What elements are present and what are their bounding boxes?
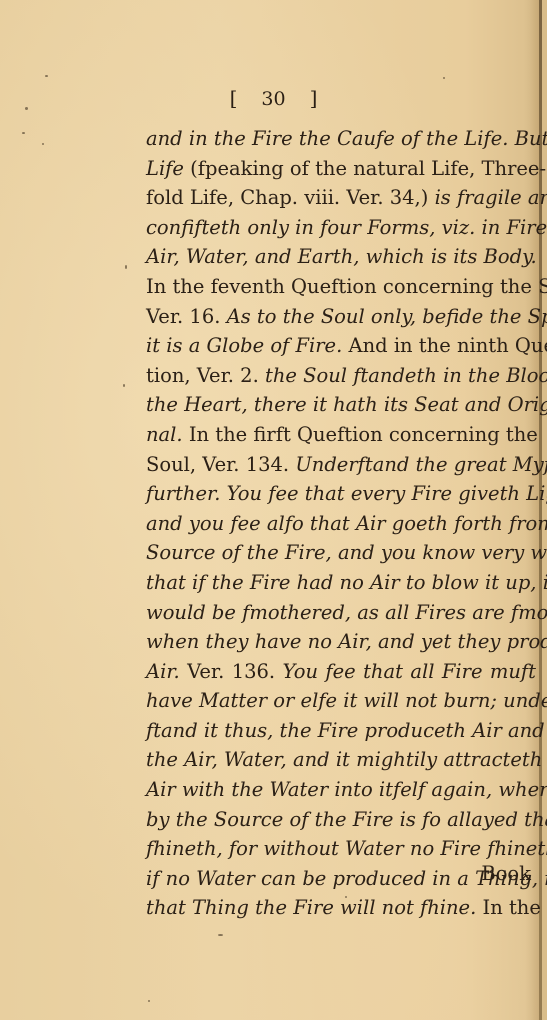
italic-text: and you fee alfo that Air goeth forth fr…	[146, 512, 547, 535]
italic-text: Air, Water, and Earth, which is its Body…	[146, 245, 537, 268]
paper-speck	[125, 265, 127, 269]
text-line: that Thing the Fire will not fhine. In t…	[146, 893, 536, 923]
roman-text: In the	[476, 896, 541, 919]
italic-text: is fragile and	[435, 186, 547, 209]
text-line: Air. Ver. 136. You fee that all Fire muf…	[146, 657, 536, 687]
roman-text: And in the ninth Queſ-	[342, 334, 547, 357]
text-line: Air with the Water into itfelf again, wh…	[146, 775, 536, 805]
book-page: [30] and in the Fire the Caufe of the Li…	[0, 0, 547, 1020]
paper-speck	[25, 107, 28, 110]
roman-text: Soul, Ver. 134.	[146, 453, 295, 476]
text-line: that if the Fire had no Air to blow it u…	[146, 568, 536, 598]
text-line: and you fee alfo that Air goeth forth fr…	[146, 509, 536, 539]
text-line: ftand it thus, the Fire produceth Air an…	[146, 716, 536, 746]
text-line: fold Life, Chap. viii. Ver. 34,) is frag…	[146, 183, 536, 213]
catchword: Book	[481, 862, 531, 885]
italic-text: have Matter or elfe it will not burn; un…	[146, 689, 547, 712]
italic-text: would be fmothered, as all Fires are fmo…	[146, 601, 547, 624]
italic-text: Air with the Water into itfelf again, wh…	[146, 778, 547, 801]
paper-speck	[345, 896, 347, 898]
roman-text: In the firft Queftion concerning the	[183, 423, 538, 446]
italic-text: the Heart, there it hath its Seat and Or…	[146, 393, 547, 416]
italic-text: the Air, Water, and it mightily attracte…	[146, 748, 547, 771]
running-head: [30]	[0, 86, 547, 110]
paper-speck	[148, 1000, 150, 1002]
paper-speck	[443, 77, 445, 79]
text-line: tion, Ver. 2. the Soul ftandeth in the B…	[146, 361, 536, 391]
roman-text: fold Life, Chap. viii. Ver. 34,)	[146, 186, 435, 209]
text-line: Air, Water, and Earth, which is its Body…	[146, 242, 536, 272]
italic-text: As to the Soul only, befide the Spirit,	[227, 305, 547, 328]
italic-text: further. You fee that every Fire giveth …	[146, 482, 547, 505]
italic-text: Air.	[146, 660, 180, 683]
text-line: if no Water can be produced in a Thing, …	[146, 864, 536, 894]
italic-text: that if the Fire had no Air to blow it u…	[146, 571, 547, 594]
roman-text: In the feventh Queftion concerning the S…	[146, 275, 547, 298]
italic-text: You fee that all Fire muft	[283, 660, 536, 683]
paper-speck	[22, 132, 25, 134]
italic-text: nal.	[146, 423, 183, 446]
text-line: In the feventh Queftion concerning the S…	[146, 272, 536, 302]
paper-speck	[42, 143, 44, 145]
text-line: fhineth, for without Water no Fire fhine…	[146, 834, 536, 864]
text-line: would be fmothered, as all Fires are fmo…	[146, 598, 536, 628]
text-line: it is a Globe of Fire. And in the ninth …	[146, 331, 536, 361]
text-line: the Air, Water, and it mightily attracte…	[146, 745, 536, 775]
paper-speck	[218, 934, 223, 936]
italic-text: the Soul ftandeth in the Blood of	[265, 364, 547, 387]
text-line: confifteth only in four Forms, viz. in F…	[146, 213, 536, 243]
roman-text: (fpeaking of the natural Life, Three-	[184, 157, 546, 180]
roman-text: Ver. 136.	[180, 660, 283, 683]
italic-text: when they have no Air, and yet they prod…	[146, 630, 547, 653]
italic-text: Underftand the great Myftery	[295, 453, 547, 476]
italic-text: fhineth, for without Water no Fire fhine…	[146, 837, 547, 860]
body-text: and in the Fire the Caufe of the Life. B…	[146, 124, 536, 923]
text-line: when they have no Air, and yet they prod…	[146, 627, 536, 657]
italic-text: it is a Globe of Fire.	[146, 334, 342, 357]
paper-speck	[45, 75, 48, 77]
text-line: further. You fee that every Fire giveth …	[146, 479, 536, 509]
italic-text: Source of the Fire, and you know very we…	[146, 541, 547, 564]
paper-speck	[123, 384, 125, 387]
text-line: the Heart, there it hath its Seat and Or…	[146, 390, 536, 420]
italic-text: by the Source of the Fire is fo allayed …	[146, 808, 547, 831]
italic-text: confifteth only in four Forms, viz. in F…	[146, 216, 547, 239]
text-line: and in the Fire the Caufe of the Life. B…	[146, 124, 536, 154]
text-line: Ver. 16. As to the Soul only, befide the…	[146, 302, 536, 332]
text-line: nal. In the firft Queftion concerning th…	[146, 420, 536, 450]
text-line: Soul, Ver. 134. Underftand the great Myf…	[146, 450, 536, 480]
italic-text: and in the Fire the Caufe of the Life.	[146, 127, 508, 150]
text-line: have Matter or elfe it will not burn; un…	[146, 686, 536, 716]
text-line: Source of the Fire, and you know very we…	[146, 538, 536, 568]
italic-text: Life	[146, 157, 184, 180]
text-line: by the Source of the Fire is fo allayed …	[146, 805, 536, 835]
italic-text: that Thing the Fire will not fhine.	[146, 896, 476, 919]
italic-text: But this	[508, 127, 547, 150]
roman-text: tion, Ver. 2.	[146, 364, 265, 387]
roman-text: Ver. 16.	[146, 305, 227, 328]
open-bracket: [	[230, 86, 238, 110]
close-bracket: ]	[310, 86, 318, 110]
italic-text: ftand it thus, the Fire produceth Air an…	[146, 719, 547, 742]
page-number: 30	[261, 88, 285, 110]
text-line: Life (fpeaking of the natural Life, Thre…	[146, 154, 536, 184]
